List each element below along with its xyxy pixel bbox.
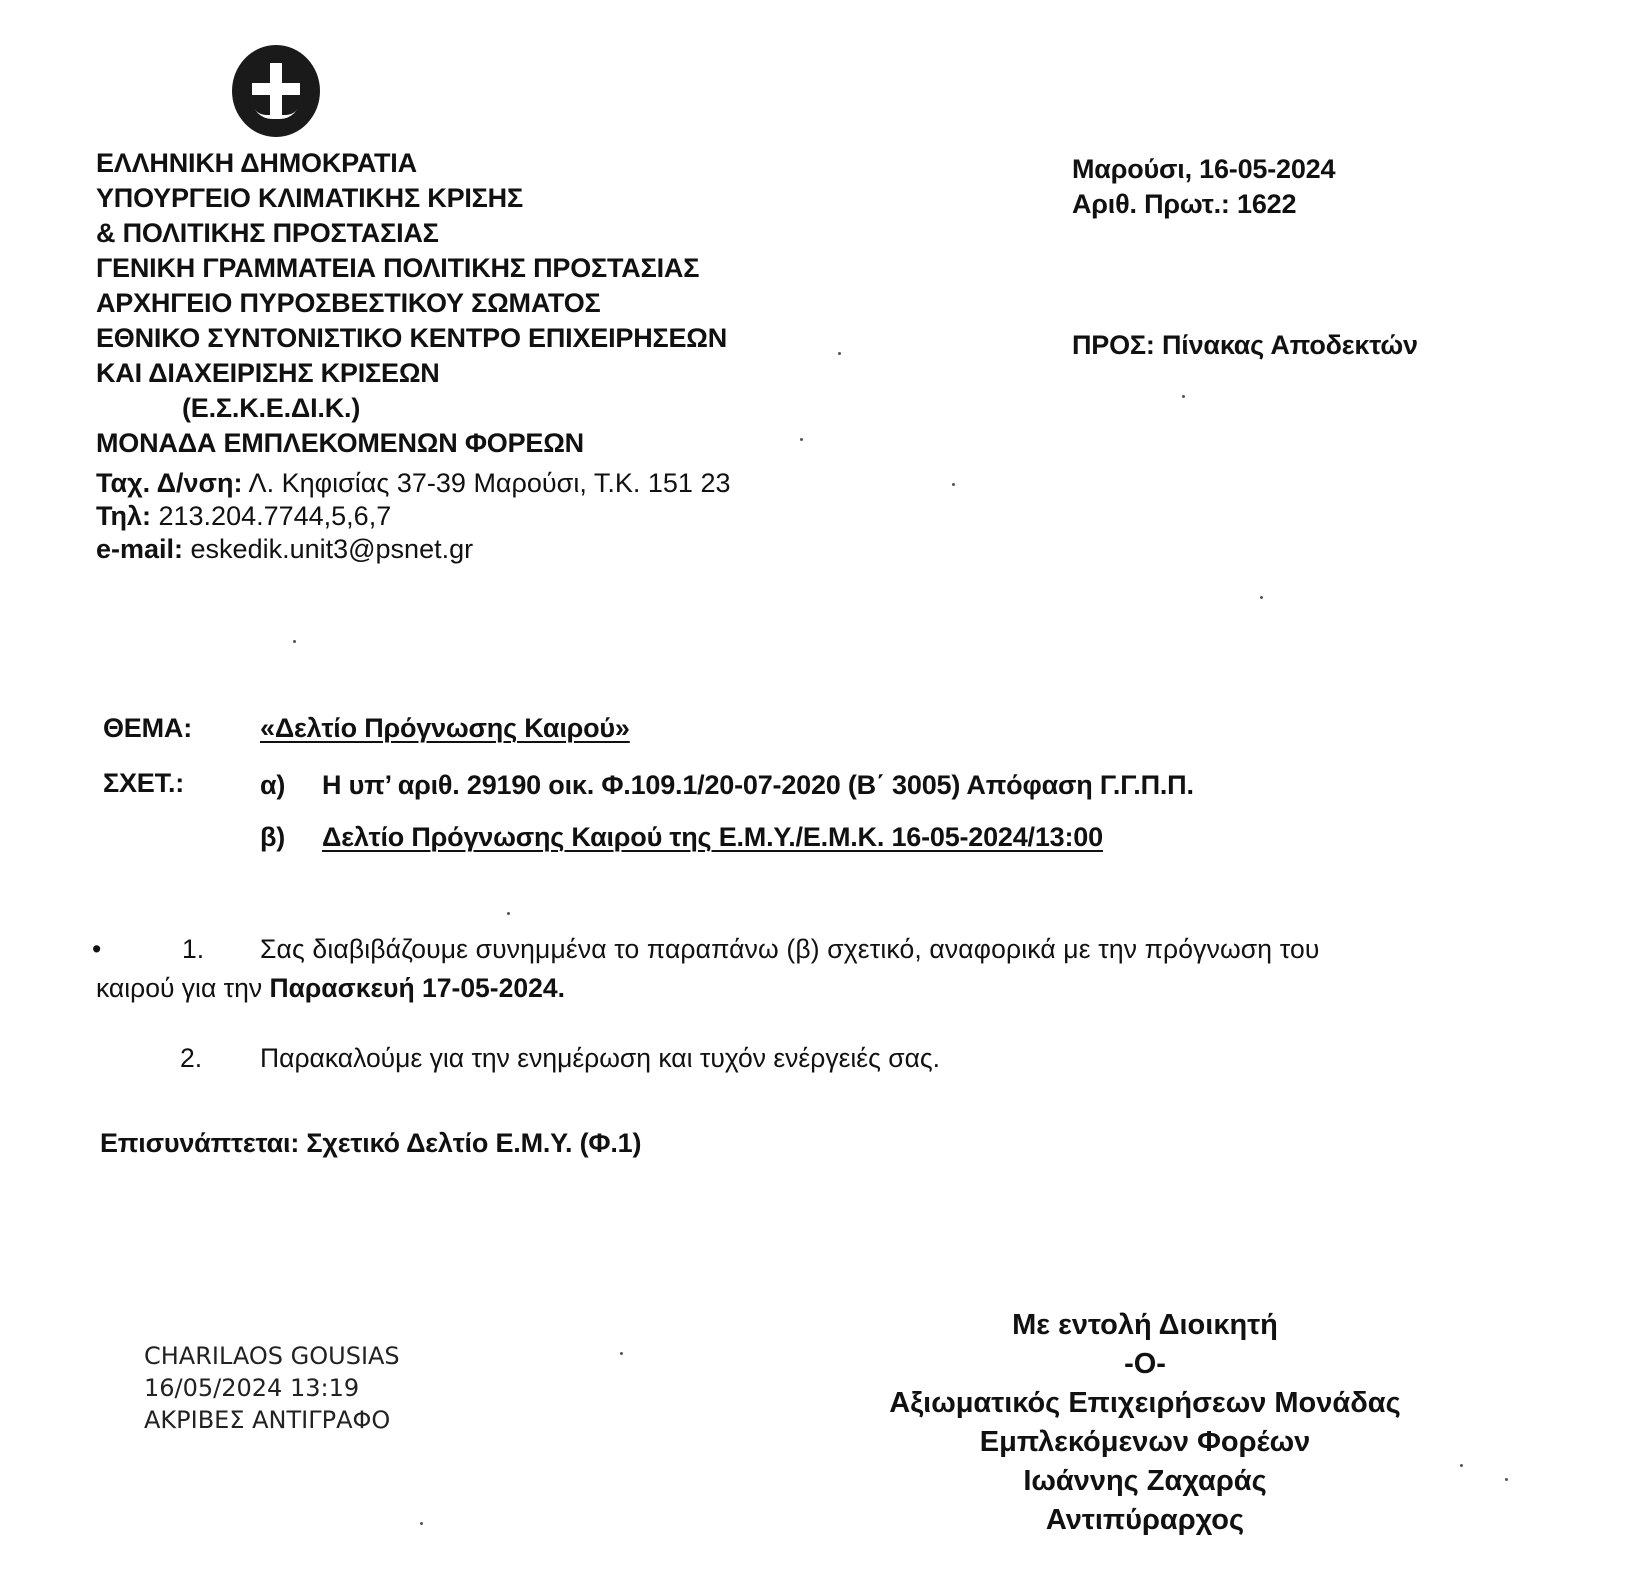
scan-speck	[420, 1522, 423, 1525]
header-line: ΥΠΟΥΡΓΕΙΟ ΚΛΙΜΑΤΙΚΗΣ ΚΡΙΣΗΣ	[96, 181, 727, 216]
subject-label: ΘΕΜΑ:	[103, 711, 192, 746]
emblem-shield	[252, 63, 300, 119]
signature-line: -Ο-	[850, 1345, 1440, 1384]
recipients: ΠΡΟΣ: Πίνακας Αποδεκτών	[1072, 328, 1418, 363]
header-line: ΕΛΛΗΝΙΚΗ ΔΗΜΟΚΡΑΤΙΑ	[96, 146, 727, 181]
signature-line: Εμπλεκόμενων Φορέων	[850, 1423, 1440, 1462]
header-line: ΓΕΝΙΚΗ ΓΡΑΜΜΑΤΕΙΑ ΠΟΛΙΤΙΚΗΣ ΠΡΟΣΤΑΣΙΑΣ	[96, 251, 727, 286]
org-header: ΕΛΛΗΝΙΚΗ ΔΗΜΟΚΡΑΤΙΑ ΥΠΟΥΡΓΕΙΟ ΚΛΙΜΑΤΙΚΗΣ…	[96, 146, 727, 461]
scan-speck	[1505, 1478, 1508, 1481]
header-line: ΕΘΝΙΚΟ ΣΥΝΤΟΝΙΣΤΙΚΟ ΚΕΝΤΡΟ ΕΠΙΧΕΙΡΗΣΕΩΝ	[96, 321, 727, 356]
related-item-text: Δελτίο Πρόγνωσης Καιρού της Ε.Μ.Υ./Ε.Μ.Κ…	[322, 820, 1103, 855]
scan-speck	[1460, 1464, 1463, 1467]
email-value[interactable]: eskedik.unit3@psnet.gr	[183, 534, 473, 564]
header-line: & ΠΟΛΙΤΙΚΗΣ ΠΡΟΣΤΑΣΙΑΣ	[96, 216, 727, 251]
phone-value: 213.204.7744,5,6,7	[151, 501, 391, 531]
place-date: Μαρούσι, 16-05-2024	[1072, 152, 1335, 187]
header-line: (Ε.Σ.Κ.Ε.ΔΙ.Κ.)	[96, 391, 727, 426]
address-value: Λ. Κηφισίας 37-39 Μαρούσι, Τ.Κ. 151 23	[243, 468, 731, 498]
scan-speck	[507, 912, 510, 915]
header-line: ΜΟΝΑΔΑ ΕΜΠΛΕΚΟΜΕΝΩΝ ΦΟΡΕΩΝ	[96, 426, 727, 461]
scan-speck	[838, 352, 841, 355]
paragraph-continuation: καιρού για την Παρασκευή 17-05-2024.	[96, 968, 565, 1008]
protocol-number: Αριθ. Πρωτ.: 1622	[1072, 187, 1296, 222]
greek-coat-of-arms-icon	[232, 45, 320, 137]
scan-speck	[800, 438, 803, 441]
scan-speck	[620, 1352, 623, 1355]
related-item-text: Η υπ’ αριθ. 29190 οικ. Φ.109.1/20-07-202…	[322, 768, 1194, 803]
subject-value: «Δελτίο Πρόγνωσης Καιρού»	[260, 711, 630, 746]
signature-line: Ιωάννης Ζαχαράς	[850, 1462, 1440, 1501]
related-item-marker: α)	[260, 768, 285, 803]
address-label: Ταχ. Δ/νση:	[96, 468, 243, 498]
stamp-note: ΑΚΡΙΒΕΣ ΑΝΤΙΓΡΑΦΟ	[144, 1404, 400, 1436]
scan-speck	[1260, 596, 1263, 599]
forecast-date: Παρασκευή 17-05-2024.	[269, 973, 565, 1003]
digital-stamp: CHARILAOS GOUSIAS 16/05/2024 13:19 ΑΚΡΙΒ…	[144, 1340, 400, 1436]
address-line: Ταχ. Δ/νση: Λ. Κηφισίας 37-39 Μαρούσι, Τ…	[96, 467, 730, 500]
paragraph-text: Παρακαλούμε για την ενημέρωση και τυχόν …	[260, 1038, 940, 1078]
paragraph-text: Σας διαβιβάζουμε συνημμένα το παραπάνω (…	[260, 929, 1319, 969]
phone-label: Τηλ:	[96, 501, 151, 531]
attachment-note: Επισυνάπτεται: Σχετικό Δελτίο Ε.Μ.Υ. (Φ.…	[100, 1126, 641, 1161]
signature-block: Με εντολή Διοικητή -Ο- Αξιωματικός Επιχε…	[850, 1306, 1440, 1540]
stamp-name: CHARILAOS GOUSIAS	[144, 1340, 400, 1372]
scan-speck	[1182, 395, 1185, 398]
related-label: ΣΧΕΤ.:	[103, 766, 184, 801]
signature-line: Με εντολή Διοικητή	[850, 1306, 1440, 1345]
paragraph-number: 1.	[182, 929, 204, 969]
contact-block: Ταχ. Δ/νση: Λ. Κηφισίας 37-39 Μαρούσι, Τ…	[96, 467, 730, 566]
email-label: e-mail:	[96, 534, 183, 564]
header-line: ΚΑΙ ΔΙΑΧΕΙΡΙΣΗΣ ΚΡΙΣΕΩΝ	[96, 356, 727, 391]
header-line: ΑΡΧΗΓΕΙΟ ΠΥΡΟΣΒΕΣΤΙΚΟΥ ΣΩΜΑΤΟΣ	[96, 286, 727, 321]
scan-speck	[293, 640, 296, 643]
paragraph-number: 2.	[180, 1038, 202, 1078]
bullet-dot: •	[92, 929, 101, 969]
related-item-marker: β)	[260, 820, 285, 855]
stamp-datetime: 16/05/2024 13:19	[144, 1372, 400, 1404]
phone-line: Τηλ: 213.204.7744,5,6,7	[96, 500, 730, 533]
signature-line: Αντιπύραρχος	[850, 1501, 1440, 1540]
email-line: e-mail: eskedik.unit3@psnet.gr	[96, 533, 730, 566]
scan-speck	[952, 483, 955, 486]
signature-line: Αξιωματικός Επιχειρήσεων Μονάδας	[850, 1384, 1440, 1423]
